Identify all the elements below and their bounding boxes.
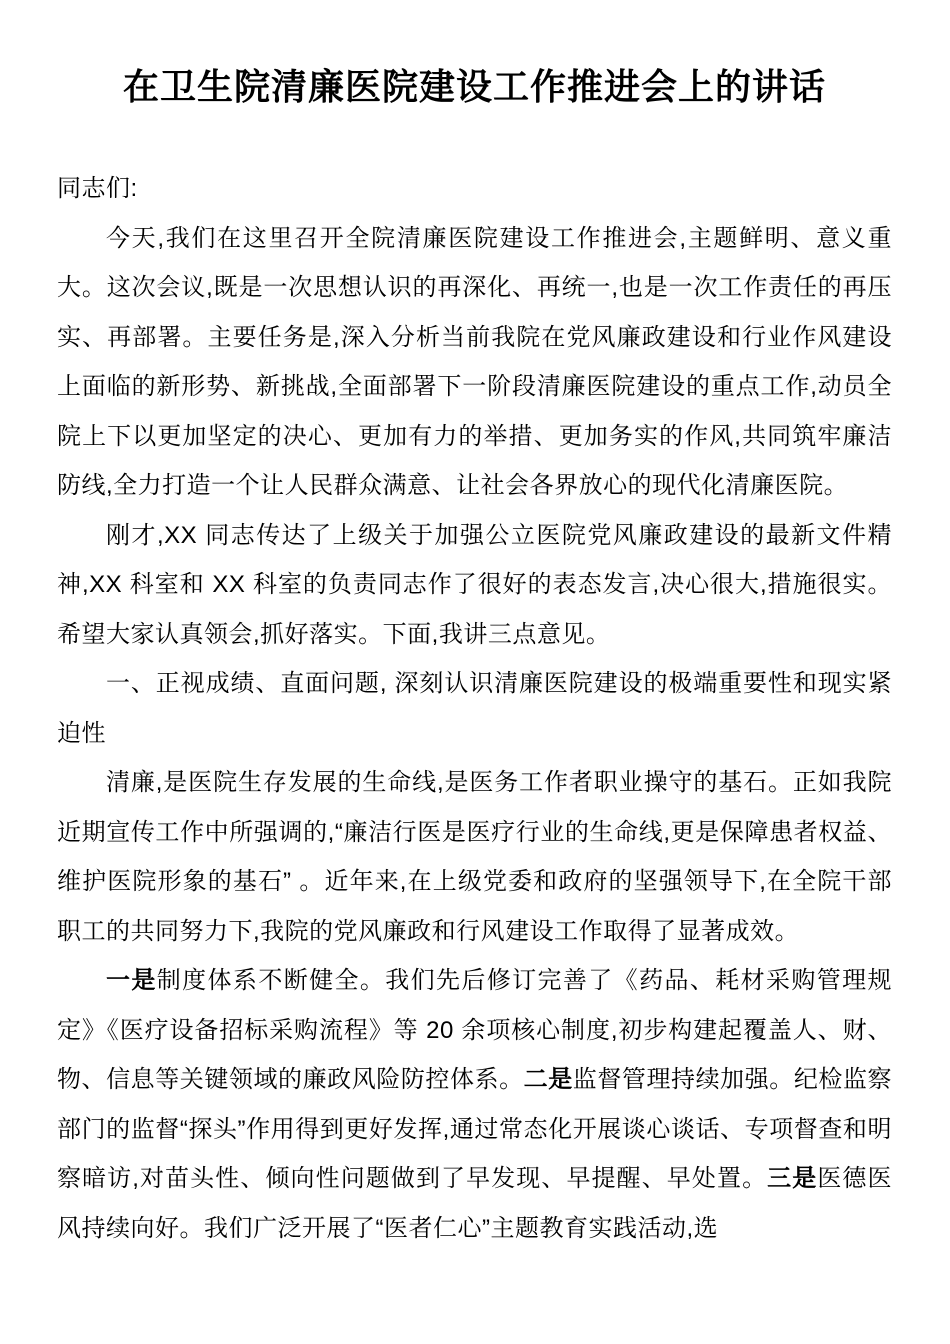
paragraph-opening: 今天,我们在这里召开全院清廉医院建设工作推进会,主题鲜明、意义重大。这次会议,既… [57,214,892,511]
text-run: 清廉,是医院生存发展的生命线,是医务工作者职业操守的基石。正如我院近期宣传工作中… [57,769,892,945]
bold-run-sanshi: 三是 [767,1165,817,1192]
document-title: 在卫生院清廉医院建设工作推进会上的讲话 [57,64,892,110]
bold-run-yishi: 一是 [106,967,157,994]
text-run: 今天,我们在这里召开全院清廉医院建设工作推进会,主题鲜明、意义重大。这次会议,既… [57,225,892,500]
salutation: 同志们: [57,164,892,214]
section-heading-1: 一、正视成绩、直面问题, 深刻认识清廉医院建设的极端重要性和现实紧迫性 [57,659,892,758]
text-run: 刚才,XX 同志传达了上级关于加强公立医院党风廉政建设的最新文件精神,XX 科室… [57,522,892,648]
paragraph-context: 刚才,XX 同志传达了上级关于加强公立医院党风廉政建设的最新文件精神,XX 科室… [57,511,892,660]
text-run: 一、正视成绩、直面问题, 深刻认识清廉医院建设的极端重要性和现实紧迫性 [57,670,892,747]
paragraph-importance: 清廉,是医院生存发展的生命线,是医务工作者职业操守的基石。正如我院近期宣传工作中… [57,758,892,956]
document-page: 在卫生院清廉医院建设工作推进会上的讲话 同志们: 今天,我们在这里召开全院清廉医… [0,0,950,1344]
bold-run-ershi: 二是 [524,1066,573,1093]
paragraph-achievements: 一是制度体系不断健全。我们先后修订完善了《药品、耗材采购管理规定》《医疗设备招标… [57,956,892,1253]
